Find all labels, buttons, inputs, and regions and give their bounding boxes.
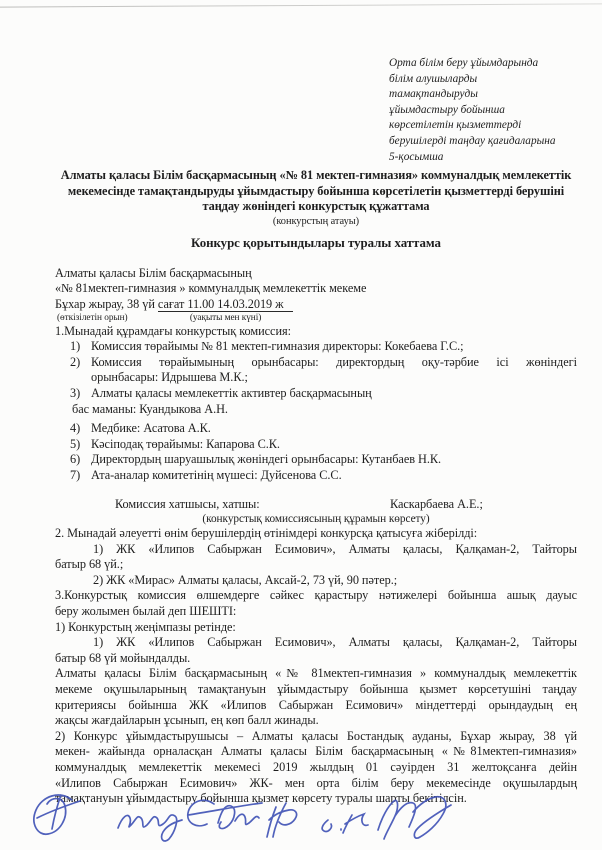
institution-line: «№ 81мектеп-гимназия » коммуналдық мемле… <box>55 281 577 297</box>
applicant-line: батыр 68 үй.; <box>55 557 577 573</box>
datetime-underlined: сағат 11.00 14.03.2019 ж <box>158 297 293 312</box>
signature-icon <box>188 800 262 828</box>
member-number: 7) <box>70 468 91 484</box>
member-number: 1) <box>70 339 91 355</box>
commission-member: 5)Кәсіподақ төрайымы: Капарова С.К. <box>55 437 577 453</box>
annex-line: Орта білім беру ұйымдарында <box>389 56 594 72</box>
applicant-line: 1) ЖК «Илипов Сабыржан Есимович», Алматы… <box>55 542 577 558</box>
protocol-heading: Конкурс қорытындылары туралы хаттама <box>55 235 577 252</box>
title-line: таңдау жөніндегі конкурстық құжаттама <box>55 199 577 215</box>
decision-line: 1) ЖК «Илипов Сабыржан Есимович», Алматы… <box>55 635 577 651</box>
signature-icon <box>322 814 368 833</box>
member-text: Директордың шаруашылық жөніндегі орынбас… <box>91 452 441 466</box>
commission-member: 6)Директордың шаруашылық жөніндегі орынб… <box>55 452 577 468</box>
commission-member: 4)Медбике: Асатова А.К. <box>55 421 577 437</box>
decision-line: жақсы жағдайларын ұсынып, ең көп балл жи… <box>55 713 577 729</box>
annex-line: көрсетілетін қызметтерді <box>389 118 594 134</box>
title-caption: (конкурстың атауы) <box>55 215 577 228</box>
scan-edge-artifact <box>0 3 602 7</box>
member-number: 6) <box>70 452 91 468</box>
decision-line: 3.Конкурстық комиссия өлшемдерге сәйкес … <box>55 588 577 604</box>
commission-member: 7)Ата-аналар комитетінің мүшесі: Дуйсено… <box>55 468 577 484</box>
decision-section: 3.Конкурстық комиссия өлшемдерге сәйкес … <box>55 588 577 806</box>
member-number: 3) <box>70 386 91 402</box>
organizer-line: Алматы қаласы Білім басқармасының <box>55 266 577 282</box>
signatures-svg <box>22 784 452 846</box>
secretary-row: Комиссия хатшысы, хатшы: Каскарбаева А.Е… <box>55 497 577 513</box>
annex-line: берушілерді таңдау қағидаларына <box>389 134 594 150</box>
commission-member: 1)Комиссия төрайымы № 81 мектеп-гимназия… <box>55 339 577 355</box>
signature-icon <box>378 797 451 839</box>
signature-icon <box>34 795 80 834</box>
annex-line: 5-қосымша <box>389 150 594 166</box>
member-number: 2) <box>70 355 91 371</box>
commission-caption: (конкурстық комиссиясының құрамын көрсет… <box>55 512 577 526</box>
member-text: Алматы қаласы мемлекеттік активтер басқа… <box>91 386 372 400</box>
member-text-continued: орынбасары: Идрышева М.К.; <box>55 370 577 386</box>
signatures-row <box>22 784 452 846</box>
document-body: Алматы қаласы Білім басқармасының «№ 81 … <box>55 168 577 807</box>
commission-section: 1.Мынадай құрамдағы конкурстық комиссия:… <box>55 324 577 527</box>
place-caption: (өткізілетін орын) <box>57 313 128 323</box>
member-text-continued: бас маманы: Куандыкова А.Н. <box>55 402 577 418</box>
title-line: мекемесінде тамақтандыруды ұйымдастыру б… <box>55 184 577 200</box>
annex-line: тамақтандыруды <box>389 87 594 103</box>
address-text: Бұхар жырау, 38 үй <box>55 297 158 311</box>
member-text: Кәсіподақ төрайымы: Капарова С.К. <box>91 437 280 451</box>
decision-line: батыр 68 үй мойындалды. <box>55 651 577 667</box>
decision-line: Алматы қаласы Білім басқармасының «№ 81м… <box>55 666 577 682</box>
applicants-section: 2. Мынадай әлеуетті өнім берушілердің өт… <box>55 526 577 588</box>
secretary-label: Комиссия хатшысы, хатшы: <box>115 497 260 513</box>
time-caption: (уақыты мен күні) <box>190 313 261 323</box>
scanned-protocol-page: Орта білім беру ұйымдарында білім алушыл… <box>0 0 602 850</box>
member-number: 4) <box>70 421 91 437</box>
decision-line: 1) Конкурстың жеңімпазы ретінде: <box>55 620 577 636</box>
document-scan-page: { "ink_color": "#4254b6", "annex": { "li… <box>0 0 602 850</box>
commission-intro: 1.Мынадай құрамдағы конкурстық комиссия: <box>55 324 577 340</box>
member-text: Ата-аналар комитетінің мүшесі: Дуйсенова… <box>91 468 342 482</box>
member-text: Медбике: Асатова А.К. <box>91 421 211 435</box>
commission-member: 2)Комиссия төрайымының орынбасары: дирек… <box>55 355 577 371</box>
decision-line: коммуналдық мемлекеттік мекемесі 2019 жы… <box>55 760 577 776</box>
member-number: 5) <box>70 437 91 453</box>
annex-line: ұйымдастыру бойынша <box>389 103 594 119</box>
title-line: Алматы қаласы Білім басқармасының «№ 81 … <box>55 168 577 184</box>
decision-line: беру жолымен былай деп ШЕШТІ: <box>55 604 577 620</box>
decision-line: критериясы бойынша ЖК «Илипов Сабыржан Е… <box>55 698 577 714</box>
annex-line: білім алушыларды <box>389 72 594 88</box>
address-datetime-line: Бұхар жырау, 38 үй сағат 11.00 14.03.201… <box>55 297 577 313</box>
applicant-line: 2) ЖК «Мирас» Алматы қаласы, Аксай-2, 73… <box>55 573 577 589</box>
applicants-intro: 2. Мынадай әлеуетті өнім берушілердің өт… <box>55 526 577 542</box>
commission-member: 3)Алматы қаласы мемлекеттік активтер бас… <box>55 386 577 402</box>
member-text: Комиссия төрайымы № 81 мектеп-гимназия д… <box>91 339 464 353</box>
venue-block: Алматы қаласы Білім басқармасының «№ 81м… <box>55 266 577 324</box>
secretary-name: Каскарбаева А.Е.; <box>390 497 483 513</box>
field-captions-row: (өткізілетін орын) (уақыты мен күні) <box>55 313 577 324</box>
signature-icon <box>118 815 182 841</box>
member-text: Комиссия төрайымының орынбасары: директо… <box>91 355 577 369</box>
decision-line: мекеме оқушыларының тамақтануын ұйымдаст… <box>55 682 577 698</box>
signature-icon <box>267 803 297 837</box>
decision-line: 2) Конкурс ұйымдастырушысы – Алматы қала… <box>55 729 577 745</box>
decision-line: мекен- жайында орналасқан Алматы қаласы … <box>55 744 577 760</box>
document-title: Алматы қаласы Білім басқармасының «№ 81 … <box>55 168 577 228</box>
annex-reference-note: Орта білім беру ұйымдарында білім алушыл… <box>389 56 594 165</box>
